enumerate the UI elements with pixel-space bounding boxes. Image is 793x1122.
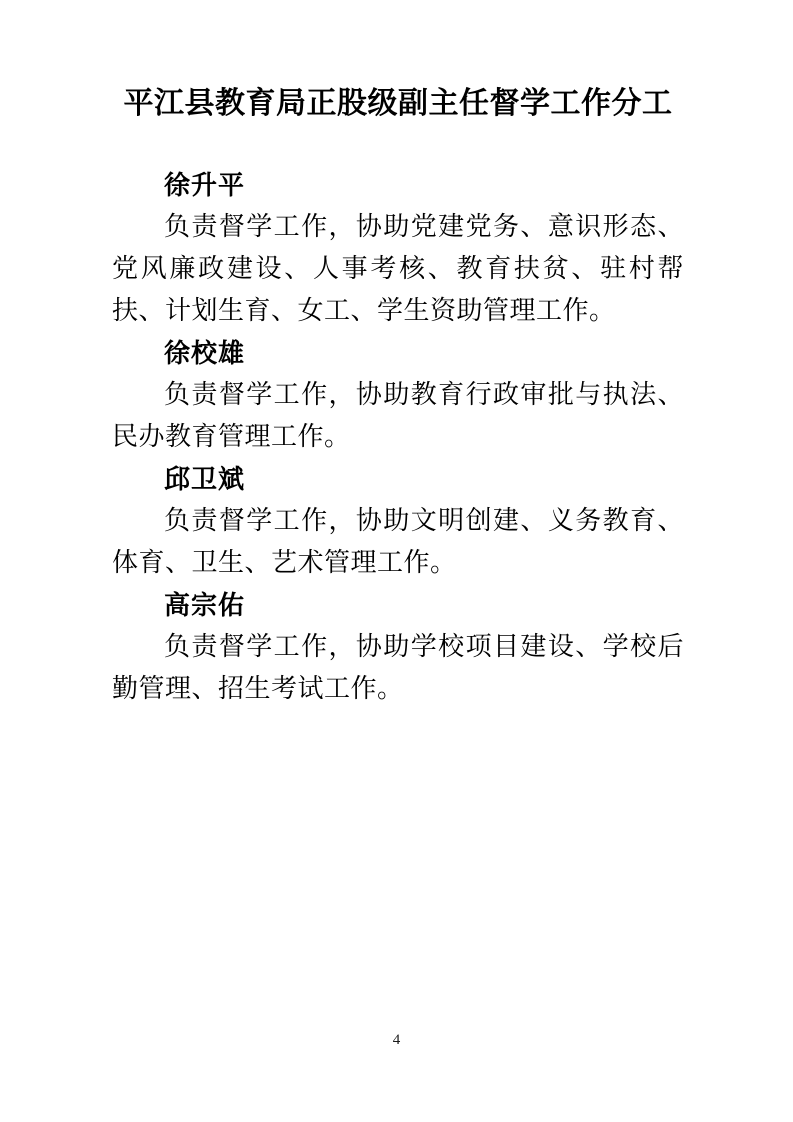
person-name: 徐升平	[112, 164, 684, 206]
duty-paragraph: 负责督学工作，协助教育行政审批与执法、民办教育管理工作。	[112, 374, 684, 458]
document-title: 平江县教育局正股级副主任督学工作分工	[112, 84, 684, 124]
duty-paragraph: 负责督学工作，协助党建党务、意识形态、党风廉政建设、人事考核、教育扶贫、驻村帮扶…	[112, 206, 684, 332]
person-name: 邱卫斌	[112, 458, 684, 500]
assignment-section: 徐校雄 负责督学工作，协助教育行政审批与执法、民办教育管理工作。	[112, 332, 684, 458]
document-page: 平江县教育局正股级副主任督学工作分工 徐升平 负责督学工作，协助党建党务、意识形…	[0, 0, 793, 1122]
duty-paragraph: 负责督学工作，协助学校项目建设、学校后勤管理、招生考试工作。	[112, 626, 684, 710]
person-name: 徐校雄	[112, 332, 684, 374]
person-name: 高宗佑	[112, 584, 684, 626]
assignment-section: 徐升平 负责督学工作，协助党建党务、意识形态、党风廉政建设、人事考核、教育扶贫、…	[112, 164, 684, 332]
duty-paragraph: 负责督学工作，协助文明创建、义务教育、体育、卫生、艺术管理工作。	[112, 500, 684, 584]
document-body: 平江县教育局正股级副主任督学工作分工 徐升平 负责督学工作，协助党建党务、意识形…	[112, 84, 684, 710]
assignment-section: 邱卫斌 负责督学工作，协助文明创建、义务教育、体育、卫生、艺术管理工作。	[112, 458, 684, 584]
assignment-section: 高宗佑 负责督学工作，协助学校项目建设、学校后勤管理、招生考试工作。	[112, 584, 684, 710]
page-number: 4	[0, 1030, 793, 1050]
